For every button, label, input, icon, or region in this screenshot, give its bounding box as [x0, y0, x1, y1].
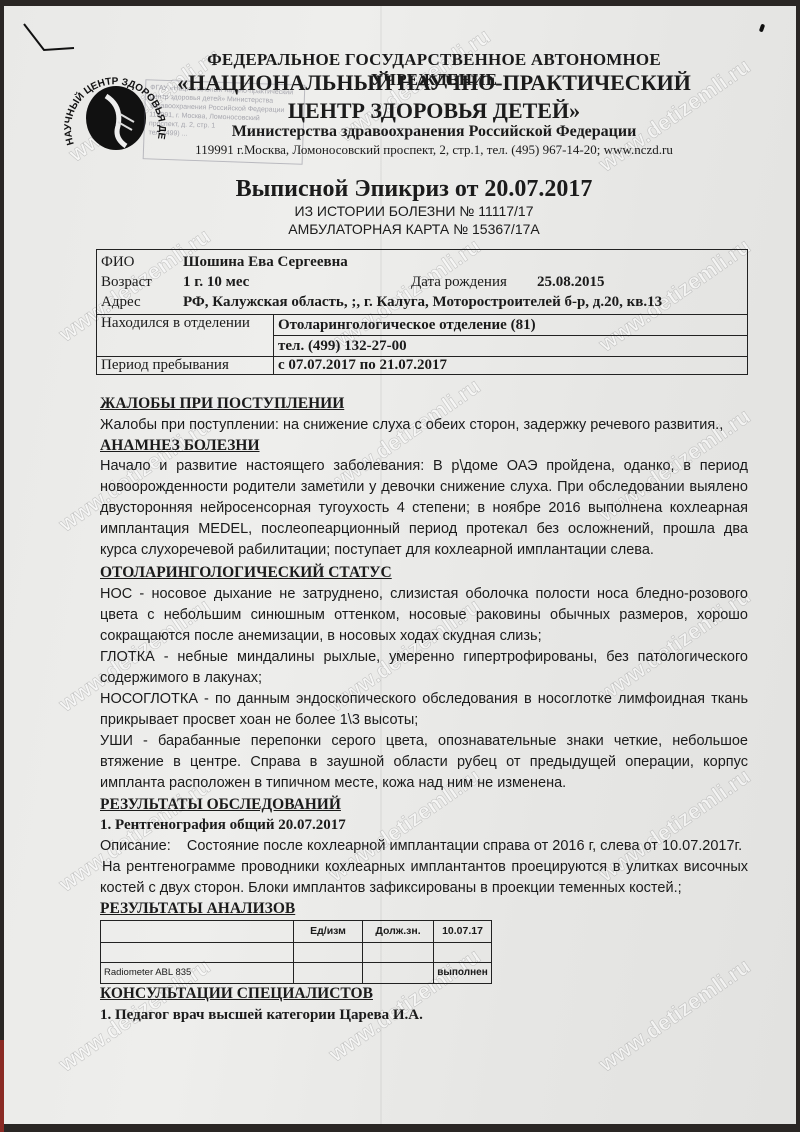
age-row: Возраст1 г. 10 месДата рождения25.08.201… [101, 272, 743, 292]
background-edge [0, 1040, 4, 1132]
institution-name-line2: ЦЕНТР ЗДОРОВЬЯ ДЕТЕЙ» [174, 98, 694, 124]
analysis-cell [363, 962, 434, 984]
analysis-col-norm: Долж.зн. [363, 921, 434, 943]
analysis-heading: РЕЗУЛЬТАТЫ АНАЛИЗОВ [100, 899, 748, 920]
department-phone: тел. (499) 132-27-00 [274, 336, 747, 356]
analysis-cell: Radiometer ABL 835 [101, 962, 294, 984]
fio-label: ФИО [101, 252, 183, 272]
address-value: РФ, Калужская область, ;, г. Калуга, Мот… [183, 294, 662, 310]
anamnesis-text: Начало и развитие настоящего заболевания… [100, 456, 748, 561]
patient-info-table: ФИОШошина Ева Сергеевна Возраст1 г. 10 м… [96, 249, 748, 375]
analysis-cell [434, 942, 492, 962]
address-label: Адрес [101, 292, 183, 312]
document-page: www.detizemli.ru www.detizemli.ru www.de… [4, 6, 796, 1124]
period-value: с 07.07.2017 по 21.07.2017 [274, 357, 748, 375]
analysis-col-unit: Ед/изм [294, 921, 363, 943]
analysis-col-name [101, 921, 294, 943]
exam-desc-label: Описание: [100, 838, 171, 854]
pen-mark-icon [22, 22, 82, 54]
ent-status-heading: ОТОЛАРИНГОЛОГИЧЕСКИЙ СТАТУС [100, 563, 748, 584]
analysis-cell [363, 942, 434, 962]
exam-desc-value: Состояние после кохлеарной имплантации с… [187, 838, 742, 854]
department-value: Отоларингологическое отделение (81) [274, 315, 747, 336]
institution-address: 119991 г.Москва, Ломоносовский проспект,… [184, 142, 684, 158]
table-row: Radiometer ABL 835 выполнен [101, 962, 492, 984]
period-label: Период пребывания [97, 357, 274, 375]
consultations-heading: КОНСУЛЬТАЦИИ СПЕЦИАЛИСТОВ [100, 984, 748, 1005]
analysis-col-date: 10.07.17 [434, 921, 492, 943]
address-row: АдресРФ, Калужская область, ;, г. Калуга… [101, 292, 743, 312]
age-value: 1 г. 10 мес [183, 272, 411, 292]
exam-description: Описание: Состояние после кохлеарной имп… [100, 836, 748, 857]
analysis-cell [294, 942, 363, 962]
analysis-table: Ед/изм Долж.зн. 10.07.17 Radiometer ABL … [100, 920, 492, 984]
analysis-header-row: Ед/изм Долж.зн. 10.07.17 [101, 921, 492, 943]
ent-ears: УШИ - барабанные перепонки серого цвета,… [100, 731, 748, 794]
analysis-cell: выполнен [434, 962, 492, 984]
exam-item: 1. Рентгенография общий 20.07.2017 [100, 815, 748, 836]
department-label: Находился в отделении [97, 315, 274, 357]
ent-nose: НОС - носовое дыхание не затруднено, сли… [100, 584, 748, 647]
ministry: Министерства здравоохранения Российской … [224, 123, 644, 141]
ent-throat: ГЛОТКА - небные миндалины рыхлые, умерен… [100, 647, 748, 689]
consultation-item: 1. Педагог врач высшей категории Царева … [100, 1005, 748, 1026]
fio-value: Шошина Ева Сергеевна [183, 254, 348, 270]
complaints-heading: ЖАЛОБЫ ПРИ ПОСТУПЛЕНИИ [100, 394, 748, 415]
age-label: Возраст [101, 272, 183, 292]
analysis-cell [294, 962, 363, 984]
fio-row: ФИОШошина Ева Сергеевна [101, 252, 743, 272]
table-row [101, 942, 492, 962]
ink-dot-icon [759, 24, 765, 33]
document-body: ЖАЛОБЫ ПРИ ПОСТУПЛЕНИИ Жалобы при поступ… [100, 394, 748, 1025]
anamnesis-heading: АНАМНЕЗ БОЛЕЗНИ [100, 436, 748, 457]
analysis-cell [101, 942, 294, 962]
card-number: АМБУЛАТОРНАЯ КАРТА № 15367/17А [204, 221, 624, 237]
institution-name-line1: «НАЦИОНАЛЬНЫЙ НАУЧНО-ПРАКТИЧЕСКИЙ [174, 70, 694, 96]
complaints-text: Жалобы при поступлении: на снижение слух… [100, 415, 748, 436]
dob-label: Дата рождения [411, 272, 537, 292]
history-number: ИЗ ИСТОРИИ БОЛЕЗНИ № 11117/17 [204, 203, 624, 219]
ent-nasopharynx: НОСОГЛОТКА - по данным эндоскопического … [100, 689, 748, 731]
document-title: Выписной Эпикриз от 20.07.2017 [204, 176, 624, 203]
exam-text: На рентгенограмме проводники кохлеарных … [100, 857, 748, 899]
exam-results-heading: РЕЗУЛЬТАТЫ ОБСЛЕДОВАНИЙ [100, 795, 748, 816]
dob-value: 25.08.2015 [537, 274, 605, 290]
